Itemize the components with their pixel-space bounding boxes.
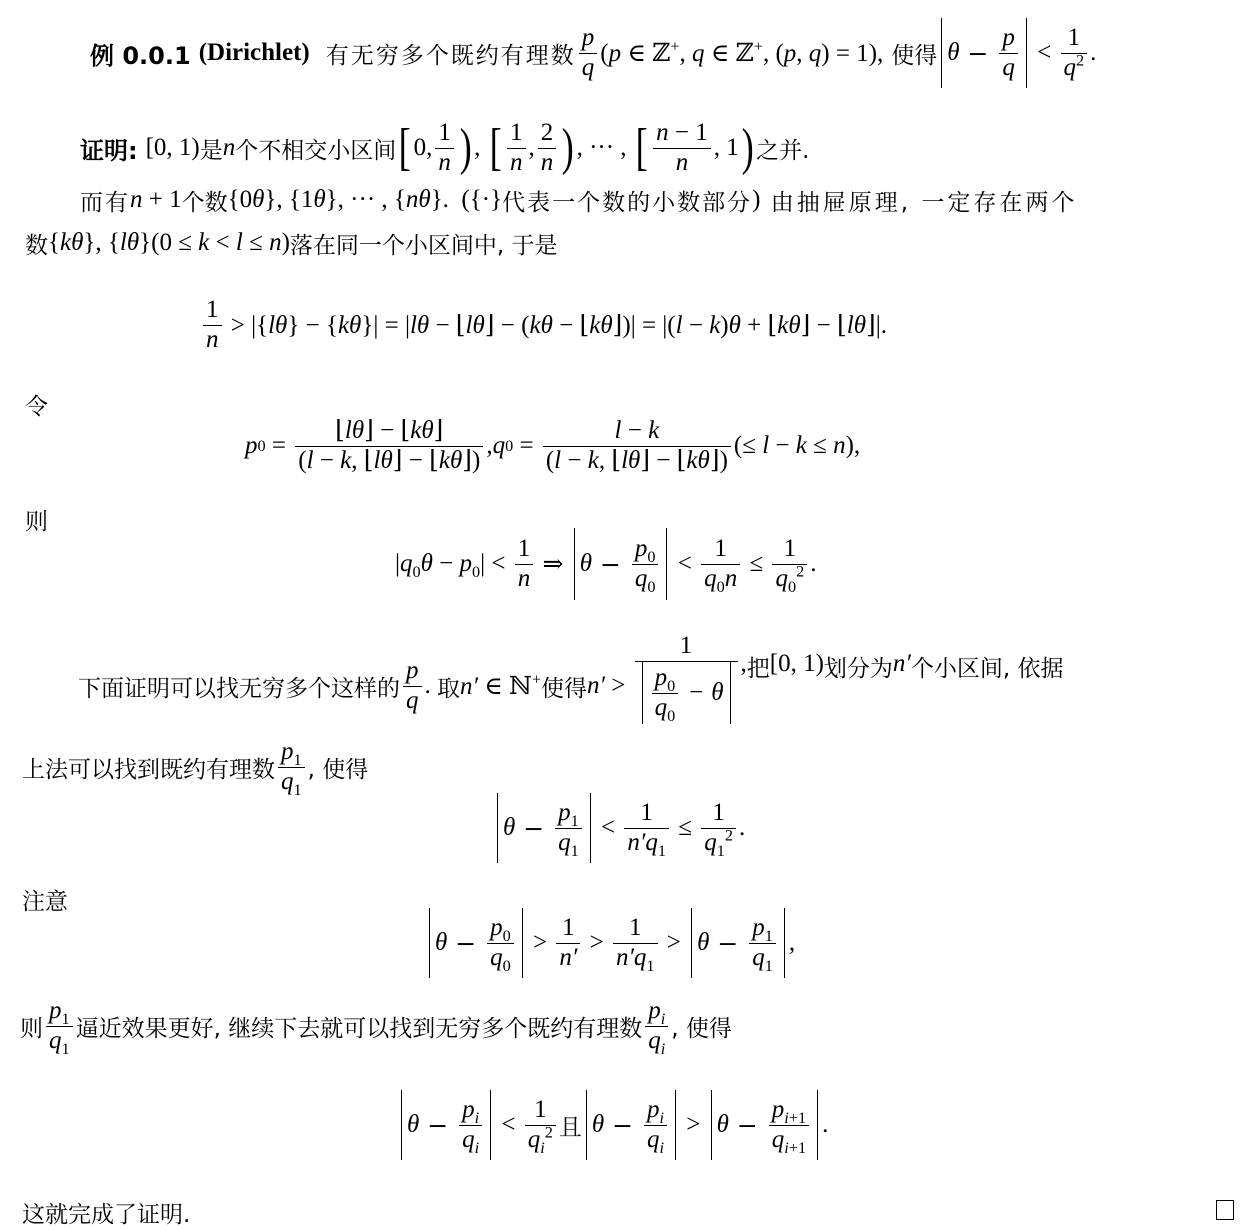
conclusion-text: 这就完成了证明.	[22, 1196, 190, 1229]
equation-pigeonhole: 1n > |{lθ} − {kθ}| = |lθ − ⌊lθ⌋ − (kθ − …	[200, 292, 887, 358]
proof-line-1: 证明: [0, 1)是n个不相交小区间 [0, 1n) , [ 1n, 2n) …	[80, 112, 809, 184]
equation-p0-q0-definition: p0 = ⌊lθ⌋ − ⌊kθ⌋(l − k, ⌊lθ⌋ − ⌊kθ⌋) ,q0…	[245, 410, 860, 482]
proof-line-2: 而有n + 1个数{0θ}, {1θ}, ··· , {nθ}. ({·}代表一…	[80, 183, 1077, 217]
theorem-condition: (p ∈ ℤ+, q ∈ ℤ+, (p, q) = 1),	[600, 38, 883, 68]
theorem-statement: 例 0.0.1 (Dirichlet) 有无穷多个既约有理数 pq (p ∈ ℤ…	[90, 18, 1096, 88]
proof-line-iterate: 则 p1q1 逼近效果更好, 继续下去就可以找到无穷多个既约有理数 piqi ,…	[20, 995, 732, 1057]
theorem-label: 例 0.0.1	[90, 36, 191, 71]
fraction-p-over-q: pq	[579, 24, 598, 83]
equation-q0-bound: |q0θ − p0| < 1n ⇒ θ − p0q0 < 1q0n ≤ 1q02…	[395, 528, 816, 600]
then-label: 则	[25, 503, 48, 536]
theorem-text: 有无穷多个既约有理数	[326, 37, 576, 70]
proof-label: 证明:	[80, 131, 138, 166]
proof-line-3: 数{kθ}, {lθ}(0 ≤ k < l ≤ n)落在同一个小区间中, 于是	[25, 226, 558, 260]
let-label: 令	[25, 388, 48, 421]
proof-line-find-p1: 上法可以找到既约有理数 p1q1 , 使得	[22, 737, 368, 797]
abs-theta-minus-p-q: θ − pq	[941, 18, 1027, 88]
theorem-name: (Dirichlet)	[199, 39, 310, 67]
theorem-tail: 使得	[891, 37, 937, 70]
equation-improvement: θ − p0q0 > 1n′ > 1n′q1 > θ − p1q1,	[425, 908, 795, 978]
equation-sequence: θ − piqi < 1qi2 且 θ − piqi > θ − pi+1qi+…	[397, 1090, 828, 1160]
fraction-1-over-q2: 1q2	[1061, 24, 1088, 83]
qed-square-icon	[1216, 1200, 1234, 1220]
proof-paragraph-2: 下面证明可以找无穷多个这样的 pq . 取n′ ∈ ℕ+使得n′ > 1p0q0…	[78, 632, 1064, 740]
note-label: 注意	[22, 883, 68, 916]
equation-p1-bound: θ − p1q1 < 1n′q1 ≤ 1q12.	[493, 793, 745, 863]
